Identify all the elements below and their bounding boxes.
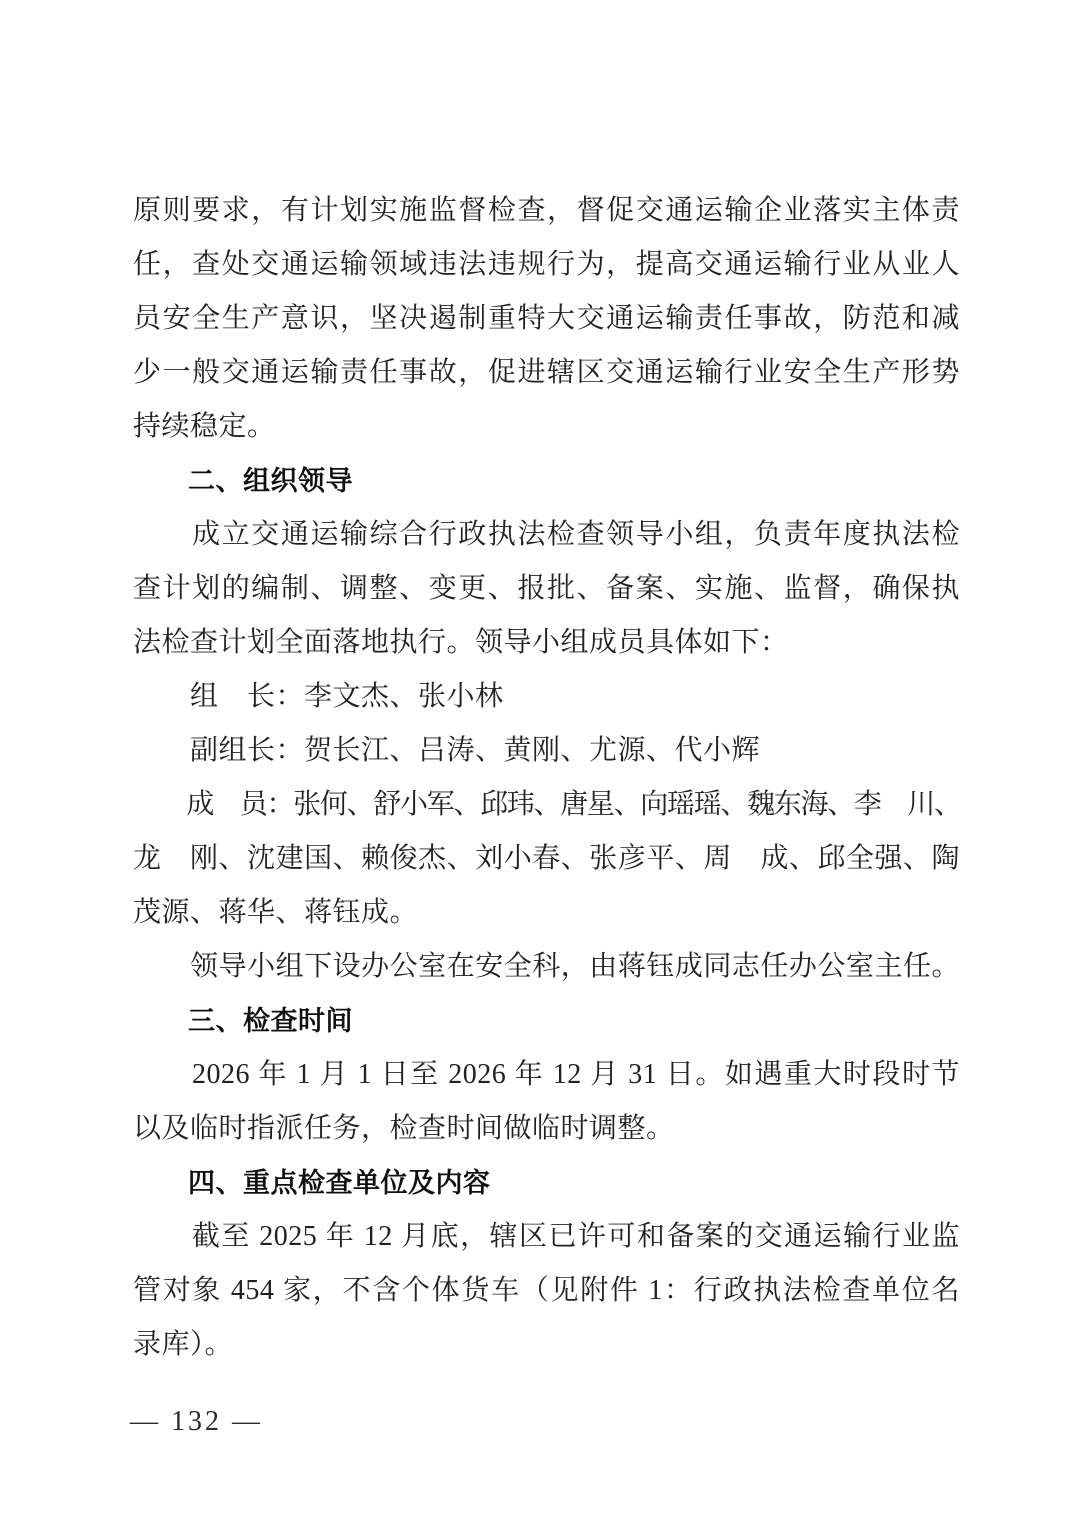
group-leader-line: 组 长：李文杰、张小林 [133,670,960,724]
heading-organization-leadership: 二、组织领导 [133,454,960,508]
heading-key-inspection-units: 四、重点检查单位及内容 [133,1156,960,1210]
body-line: 查计划的编制、调整、变更、报批、备案、实施、监督，确保执 [133,562,960,616]
page-number: — 132 — [130,1400,263,1444]
body-line: 录库）。 [133,1318,960,1372]
body-line: 员安全生产意识，坚决遏制重特大交通运输责任事故，防范和减 [133,292,960,346]
document-page: 原则要求，有计划实施监督检查，督促交通运输企业落实主体责 任，查处交通运输领域违… [0,0,1074,1520]
members-line: 成 员：张何、舒小军、邱玮、唐星、向瑶瑶、魏东海、李 川、 [133,778,960,832]
body-line: 原则要求，有计划实施监督检查，督促交通运输企业落实主体责 [133,184,960,238]
deputy-leader-line: 副组长：贺长江、吕涛、黄刚、尤源、代小辉 [133,724,960,778]
body-line: 以及临时指派任务，检查时间做临时调整。 [133,1102,960,1156]
document-body: 原则要求，有计划实施监督检查，督促交通运输企业落实主体责 任，查处交通运输领域违… [133,184,960,1372]
body-line: 任，查处交通运输领域违法违规行为，提高交通运输行业从业人 [133,238,960,292]
body-line: 少一般交通运输责任事故，促进辖区交通运输行业安全生产形势 [133,346,960,400]
body-line: 成立交通运输综合行政执法检查领导小组，负责年度执法检 [133,508,960,562]
members-line: 茂源、蒋华、蒋钰成。 [133,886,960,940]
body-line: 2026 年 1 月 1 日至 2026 年 12 月 31 日。如遇重大时段时… [133,1048,960,1102]
members-line: 龙 刚、沈建国、赖俊杰、刘小春、张彦平、周 成、邱全强、陶 [133,832,960,886]
body-line: 领导小组下设办公室在安全科，由蒋钰成同志任办公室主任。 [133,940,960,994]
body-line: 法检查计划全面落地执行。领导小组成员具体如下： [133,616,960,670]
body-line: 持续稳定。 [133,400,960,454]
body-line: 管对象 454 家，不含个体货车（见附件 1：行政执法检查单位名 [133,1264,960,1318]
body-line: 截至 2025 年 12 月底，辖区已许可和备案的交通运输行业监 [133,1210,960,1264]
heading-inspection-time: 三、检查时间 [133,994,960,1048]
